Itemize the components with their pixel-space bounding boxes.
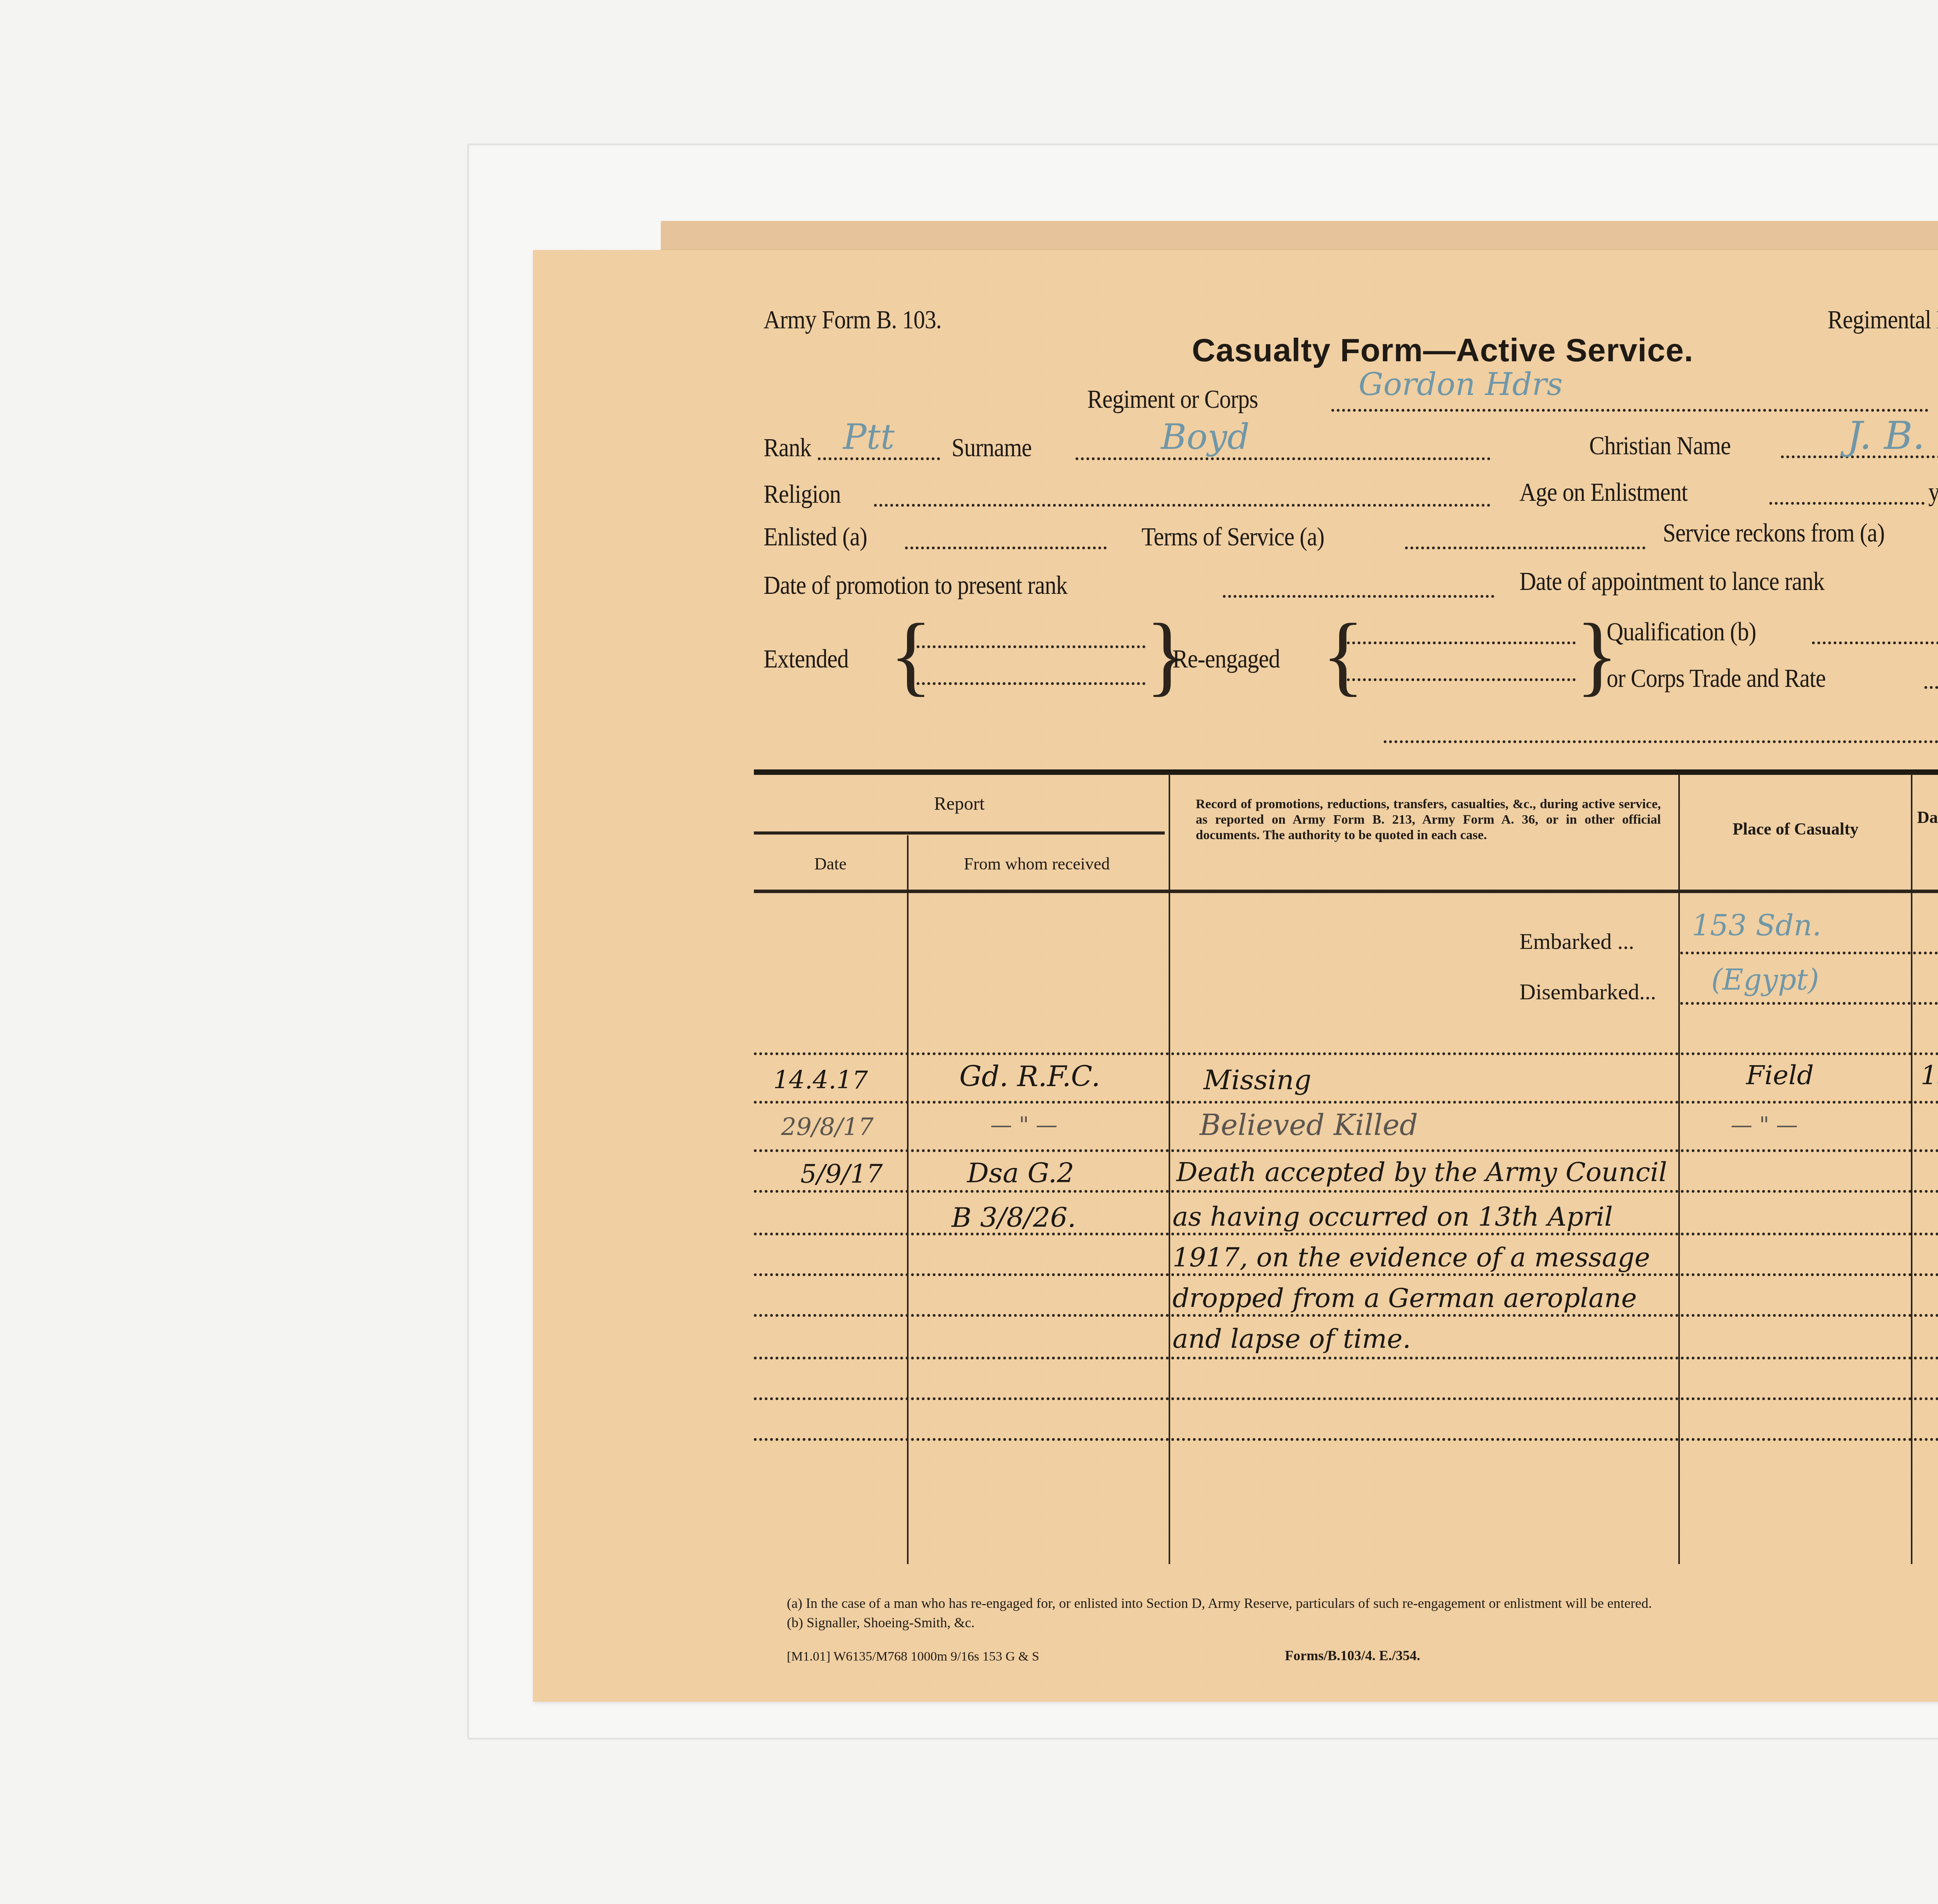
row-4-from: B 3/8/26. (952, 1202, 1076, 1233)
row-rule-9 (754, 1397, 1938, 1400)
row-rule-8 (754, 1357, 1938, 1359)
header-record: Record of promotions, reductions, transf… (1196, 797, 1661, 843)
disembarked-label: Disembarked... (1519, 979, 1656, 1005)
row-7-record: and lapse of time. (1172, 1324, 1411, 1354)
row-2-date: 29/8/17 (781, 1112, 874, 1141)
row-3-date: 5/9/17 (800, 1159, 883, 1189)
row-rule-10 (754, 1438, 1938, 1441)
enlisted-label: Enlisted (a) (764, 521, 867, 552)
promotion-field[interactable] (1223, 595, 1494, 598)
row-3-from: Dsa G.2 (967, 1157, 1074, 1189)
signature-field[interactable] (1384, 740, 1938, 743)
row-rule-2 (754, 1101, 1938, 1104)
row-5-record: 1917, on the evidence of a message (1172, 1242, 1650, 1273)
surname-label: Surname (952, 432, 1032, 463)
report-subheader-rule (754, 831, 1165, 835)
form-id: Army Form B. 103. (764, 304, 941, 335)
footnote-a: (a) In the case of a man who has re-enga… (787, 1595, 1652, 1611)
table-top-rule (754, 769, 1938, 775)
row-rule-5 (754, 1233, 1938, 1235)
row-rule-3 (754, 1149, 1938, 1152)
christian-name-label: Christian Name (1589, 430, 1731, 461)
row-6-record: dropped from a German aeroplane (1172, 1283, 1637, 1314)
row-1-casualty-date: 13.4.17 (1921, 1060, 1938, 1091)
surname-value: Boyd (1161, 417, 1250, 457)
row-rule-7 (754, 1314, 1938, 1317)
religion-label: Religion (764, 479, 841, 509)
corps-trade-field[interactable] (1924, 686, 1938, 689)
extended-field-1[interactable] (917, 645, 1145, 648)
row-rule-1 (754, 1052, 1938, 1055)
header-date: Date (754, 855, 907, 873)
terms-label: Terms of Service (a) (1141, 521, 1324, 552)
qualification-label: Qualification (b) (1607, 616, 1756, 647)
reengaged-field-2[interactable] (1347, 678, 1576, 681)
form-title: Casualty Form—Active Service. (1192, 331, 1693, 369)
regiment-field[interactable] (1331, 409, 1928, 412)
service-reckons-label: Service reckons from (a) (1663, 517, 1885, 548)
embarked-place: 153 Sdn. (1692, 909, 1821, 942)
embarked-date: 1/4/ (1936, 901, 1938, 935)
extended-brace-left: { (890, 611, 932, 700)
age-label: Age on Enlistment (1519, 477, 1688, 507)
regiment-label: Regiment or Corps (1087, 384, 1258, 414)
regimental-number-label: Regimental Number (1828, 304, 1938, 335)
lance-rank-label: Date of appointment to lance rank (1519, 566, 1824, 597)
table-header-bottom-rule (754, 890, 1938, 893)
row-1-from: Gd. R.F.C. (959, 1060, 1100, 1093)
row-3-record: Death accepted by the Army Council (1176, 1157, 1667, 1188)
row-1-place: Field (1746, 1060, 1814, 1091)
regiment-value: Gordon Hdrs (1359, 366, 1563, 402)
religion-field[interactable] (874, 504, 1490, 507)
embarked-label: Embarked ... (1519, 928, 1634, 954)
header-from-whom: From whom received (907, 855, 1167, 873)
christian-name-value: J. B. (1847, 413, 1925, 458)
row-1-record: Missing (1203, 1064, 1311, 1096)
header-date-of-casualty: Date of Casualty (1913, 808, 1938, 827)
reengaged-label: Re-engaged (1172, 643, 1280, 674)
header-report: Report (754, 795, 1165, 813)
col-divider-from (907, 835, 909, 1564)
footnote-b: (b) Signaller, Shoeing-Smith, &c. (787, 1614, 975, 1631)
extended-field-2[interactable] (917, 682, 1145, 685)
disembarked-field[interactable] (1680, 1002, 1938, 1005)
age-years-field[interactable] (1769, 502, 1924, 505)
row-1-date: 14.4.17 (773, 1066, 868, 1095)
rank-label: Rank (764, 432, 811, 463)
row-2-place: — " — (1731, 1112, 1798, 1138)
row-rule-6 (754, 1273, 1938, 1276)
row-2-from: — " — (990, 1112, 1057, 1138)
disembarked-place: (Egypt) (1711, 963, 1819, 997)
enlisted-field[interactable] (905, 547, 1107, 549)
years-label: years (1928, 477, 1938, 507)
promotion-label: Date of promotion to present rank (764, 570, 1067, 600)
header-place: Place of Casualty (1680, 820, 1911, 838)
row-4-record: as having occurred on 13th April (1172, 1202, 1613, 1232)
reengaged-field-1[interactable] (1347, 642, 1576, 644)
rank-value: Ptt (843, 417, 895, 457)
embarked-field[interactable] (1680, 952, 1938, 954)
extended-label: Extended (764, 643, 848, 674)
terms-field[interactable] (1405, 547, 1645, 549)
row-rule-4 (754, 1190, 1938, 1193)
reengaged-brace-left: { (1322, 611, 1364, 700)
corps-trade-label: or Corps Trade and Rate (1607, 663, 1826, 693)
surname-field[interactable] (1076, 457, 1490, 460)
forms-code: Forms/B.103/4. E./354. (1285, 1647, 1420, 1664)
qualification-field[interactable] (1812, 642, 1938, 644)
casualty-form: Army Form B. 103. Regimental Number Casu… (533, 250, 1938, 1702)
row-2-record: Believed Killed (1200, 1109, 1418, 1142)
rank-field[interactable] (818, 457, 940, 460)
print-code: [M1.01] W6135/M768 1000m 9/16s 153 G & S (787, 1649, 1039, 1664)
